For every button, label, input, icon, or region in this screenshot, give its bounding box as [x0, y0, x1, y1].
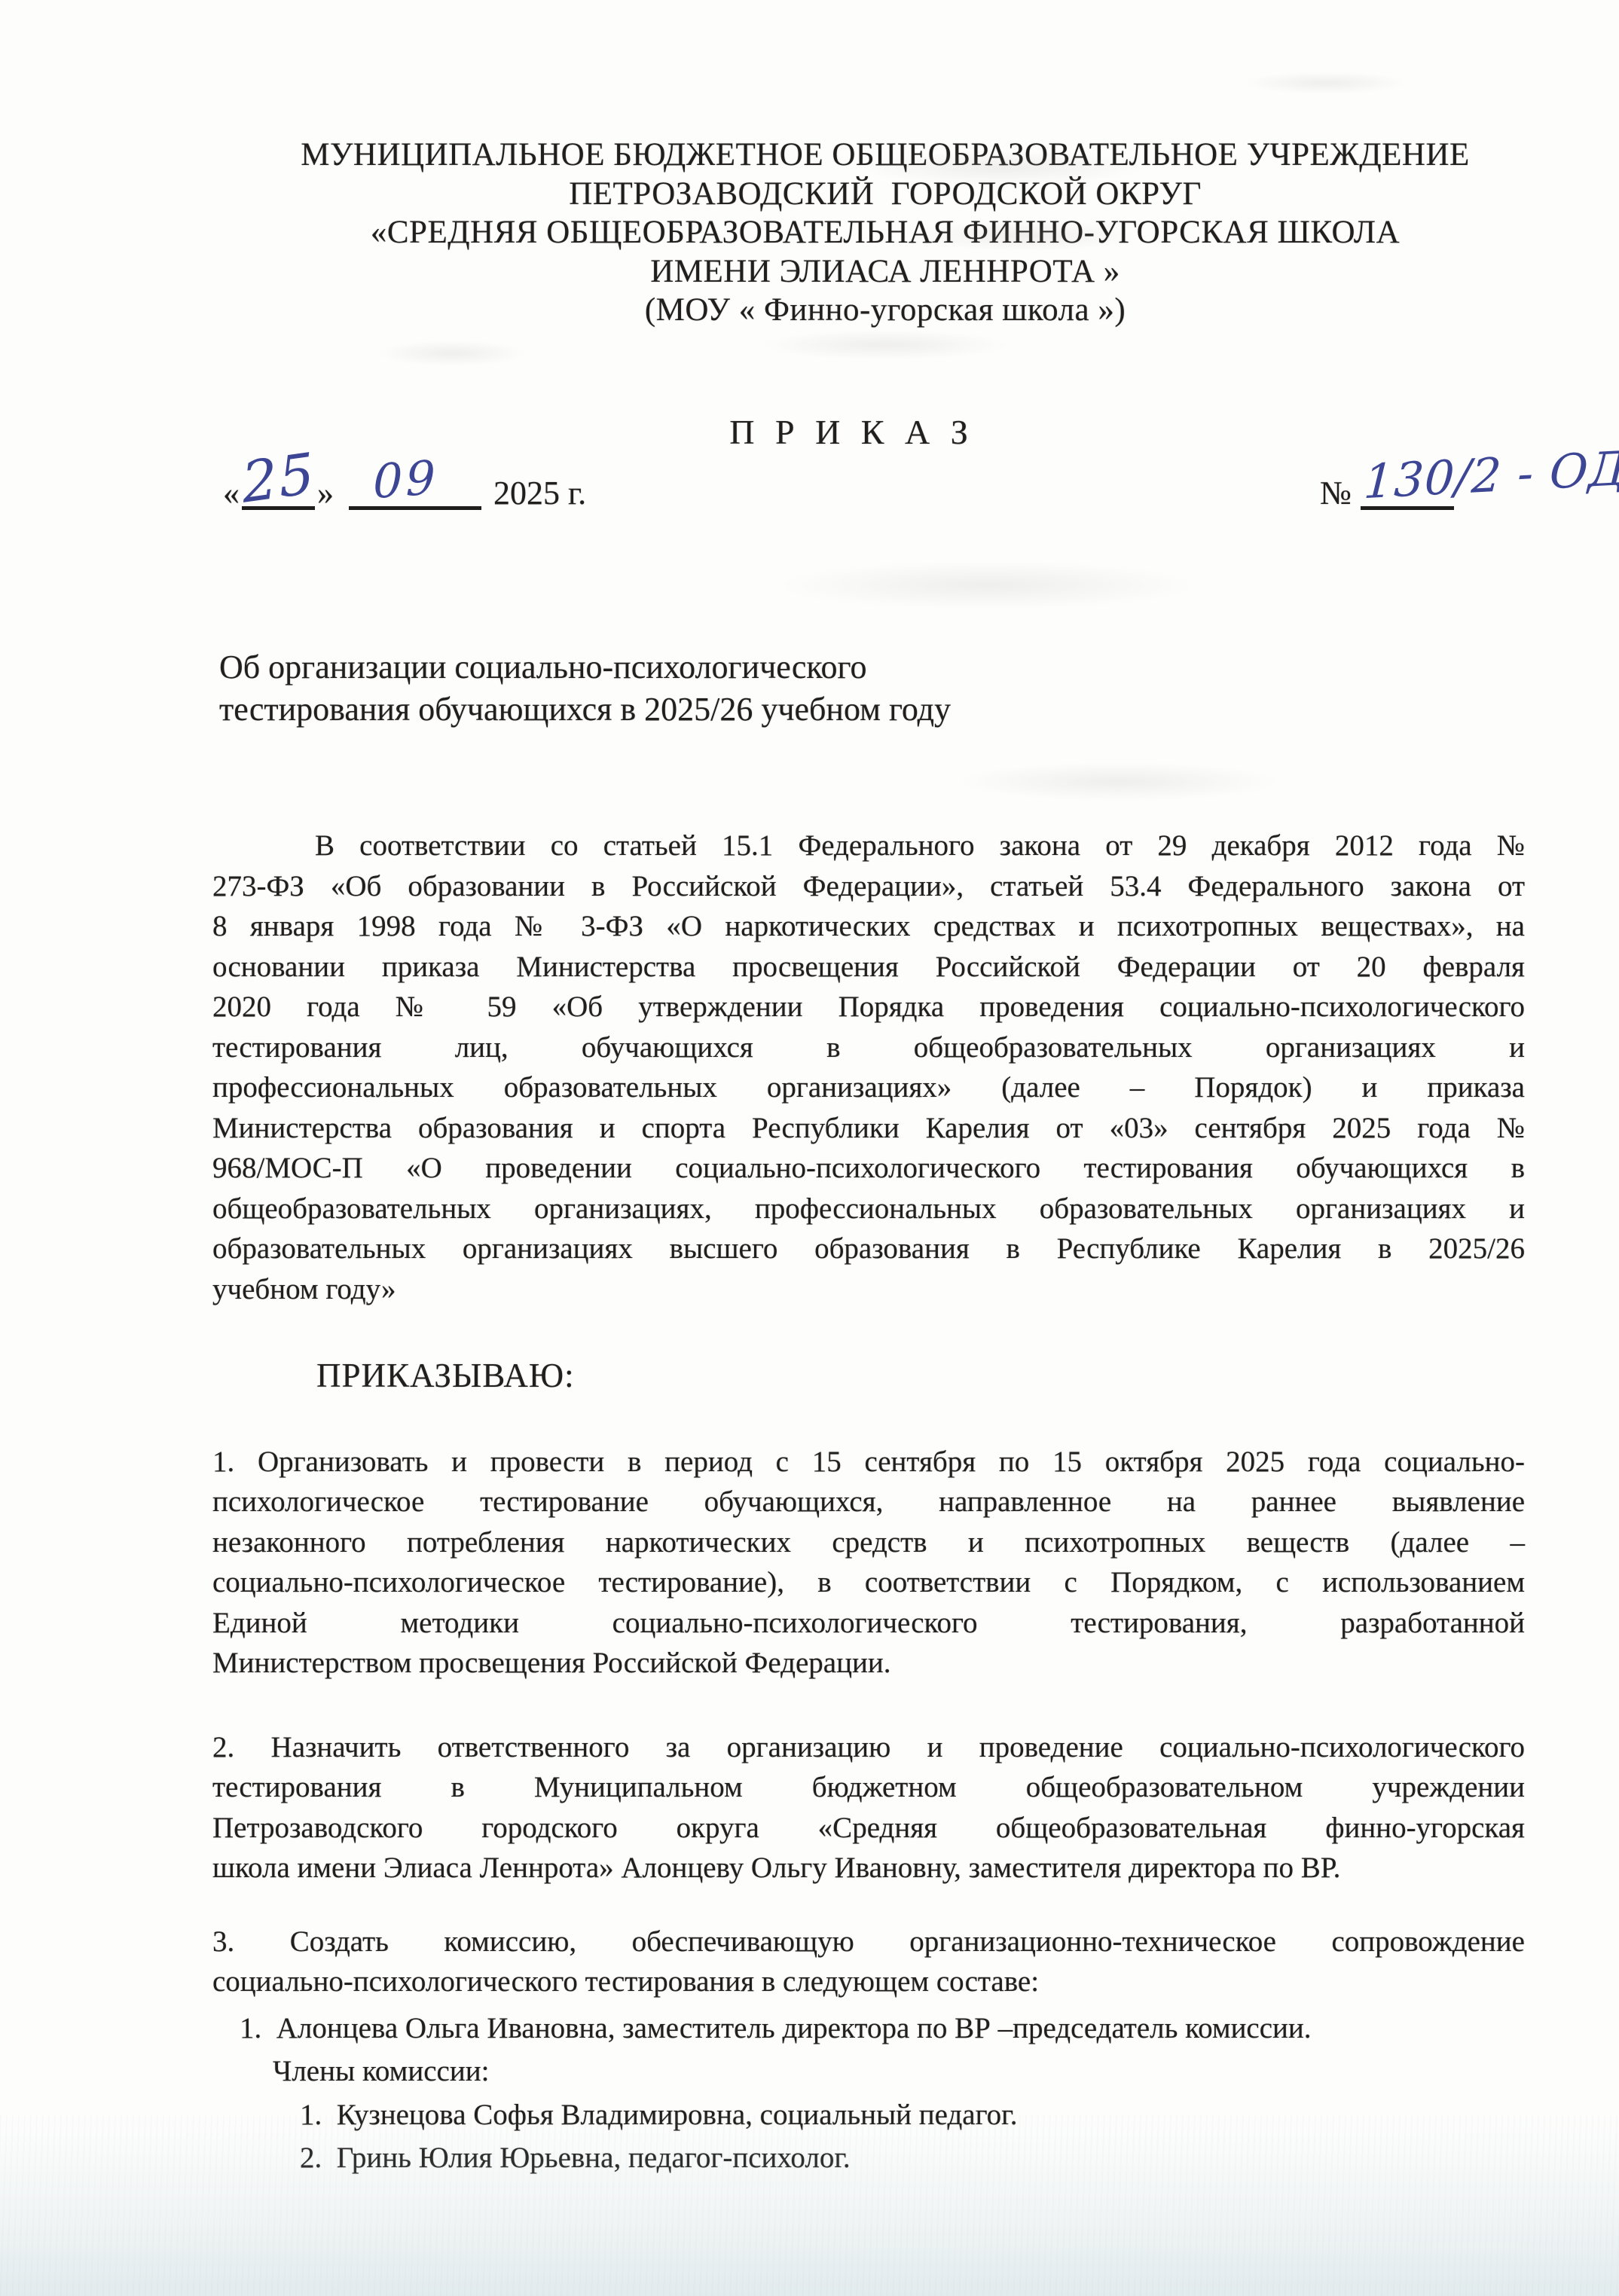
text-line: психологическое тестирование обучающихся…	[212, 1482, 1525, 1522]
text-line: 968/МОС-П «О проведении социально-психол…	[212, 1148, 1525, 1189]
decree-word: ПРИКАЗЫВАЮ:	[212, 1356, 1525, 1397]
text-line: образовательных организациях высшего обр…	[212, 1229, 1525, 1269]
number-sign: №	[1320, 475, 1352, 511]
text-line: 2. Назначить ответственного за организац…	[212, 1727, 1525, 1768]
date-field: «25»092025 г.	[223, 472, 586, 512]
text-line: тестирования обучающихся в 2025/26 учебн…	[219, 688, 951, 731]
order-title: П Р И К А З	[0, 412, 1619, 452]
scan-smudge	[776, 561, 1198, 609]
text-line: ПЕТРОЗАВОДСКИЙ ГОРОДСКОЙ ОКРУГ	[177, 175, 1593, 214]
text-line: ИМЕНИ ЭЛИАСА ЛЕННРОТА »	[177, 252, 1593, 292]
text-line: 3. Создать комиссию, обеспечивающую орга…	[212, 1922, 1525, 1962]
commission-chair: 1. Алонцева Ольга Ивановна, заместитель …	[212, 2007, 1525, 2050]
commission-member: 1. Кузнецова Софья Владимировна, социаль…	[212, 2093, 1525, 2137]
text-line: (МОУ « Финно-угорская школа »)	[177, 291, 1593, 330]
text-line: незаконного потребления наркотических ср…	[212, 1522, 1525, 1563]
commission-list: 1. Алонцева Ольга Ивановна, заместитель …	[212, 2007, 1525, 2180]
year-label: 2025 г.	[493, 475, 586, 511]
handwritten-number: 130/2 - ОД	[1363, 445, 1619, 506]
commission-member: 2. Гринь Юлия Юрьевна, педагог-психолог.	[212, 2136, 1525, 2180]
order-item-3: 3. Создать комиссию, обеспечивающую орга…	[212, 1922, 1525, 2002]
text-line: Петрозаводского городского округа «Средн…	[212, 1808, 1525, 1849]
number-underline: 130/2 - ОД	[1361, 472, 1454, 510]
text-line: В соответствии со статьей 15.1 Федеральн…	[212, 826, 1525, 866]
scan-smudge	[1243, 72, 1409, 94]
text-line: тестирования лиц, обучающихся в общеобра…	[212, 1027, 1525, 1068]
close-quote: »	[317, 475, 334, 511]
text-line: «СРЕДНЯЯ ОБЩЕОБРАЗОВАТЕЛЬНАЯ ФИННО-УГОРС…	[177, 213, 1593, 252]
commission-members-label: Члены комиссии:	[212, 2050, 1525, 2093]
open-quote: «	[223, 475, 240, 511]
text-line: Министерством просвещения Российской Фед…	[212, 1643, 1525, 1684]
text-line: Единой методики социально-психологическо…	[212, 1603, 1525, 1644]
order-item-1: 1. Организовать и провести в период с 15…	[212, 1442, 1525, 1684]
org-header: МУНИЦИПАЛЬНОЕ БЮДЖЕТНОЕ ОБЩЕОБРАЗОВАТЕЛЬ…	[177, 136, 1593, 330]
scan-smudge	[761, 330, 1010, 360]
scan-smudge	[377, 340, 527, 366]
text-line: МУНИЦИПАЛЬНОЕ БЮДЖЕТНОЕ ОБЩЕОБРАЗОВАТЕЛЬ…	[177, 136, 1593, 175]
text-line: социально-психологическое тестирование),…	[212, 1562, 1525, 1603]
text-line: тестирования в Муниципальном бюджетном о…	[212, 1767, 1525, 1808]
scan-smudge	[957, 762, 1281, 801]
text-line: Об организации социально-психологическог…	[219, 646, 951, 688]
text-line: 2020 года № 59 «Об утверждении Порядка п…	[212, 987, 1525, 1027]
order-item-2: 2. Назначить ответственного за организац…	[212, 1727, 1525, 1888]
text-line: 273-ФЗ «Об образовании в Российской Феде…	[212, 866, 1525, 907]
text-line: социально-психологического тестирования …	[212, 1962, 1525, 2002]
handwritten-day: 25	[240, 445, 317, 511]
document-page: МУНИЦИПАЛЬНОЕ БЮДЖЕТНОЕ ОБЩЕОБРАЗОВАТЕЛЬ…	[0, 0, 1619, 2296]
preamble-paragraph: В соответствии со статьей 15.1 Федеральн…	[212, 826, 1525, 1309]
day-underline: 25	[242, 472, 315, 510]
text-line: основании приказа Министерства просвещен…	[212, 947, 1525, 988]
handwritten-month: 09	[373, 454, 438, 505]
text-line: профессиональных образовательных организ…	[212, 1067, 1525, 1108]
month-underline: 09	[349, 472, 481, 510]
order-body: В соответствии со статьей 15.1 Федеральн…	[212, 826, 1525, 2180]
order-number-field: №130/2 - ОД	[1320, 472, 1454, 512]
text-line: 1. Организовать и провести в период с 15…	[212, 1442, 1525, 1482]
text-line: школа имени Элиаса Леннрота» Алонцеву Ол…	[212, 1848, 1525, 1888]
text-line: общеобразовательных организациях, профес…	[212, 1189, 1525, 1229]
text-line: учебном году»	[212, 1269, 1525, 1310]
text-line: 8 января 1998 года № 3-ФЗ «О наркотическ…	[212, 906, 1525, 947]
text-line: Министерства образования и спорта Респуб…	[212, 1108, 1525, 1149]
order-subject: Об организации социально-психологическог…	[219, 646, 951, 731]
